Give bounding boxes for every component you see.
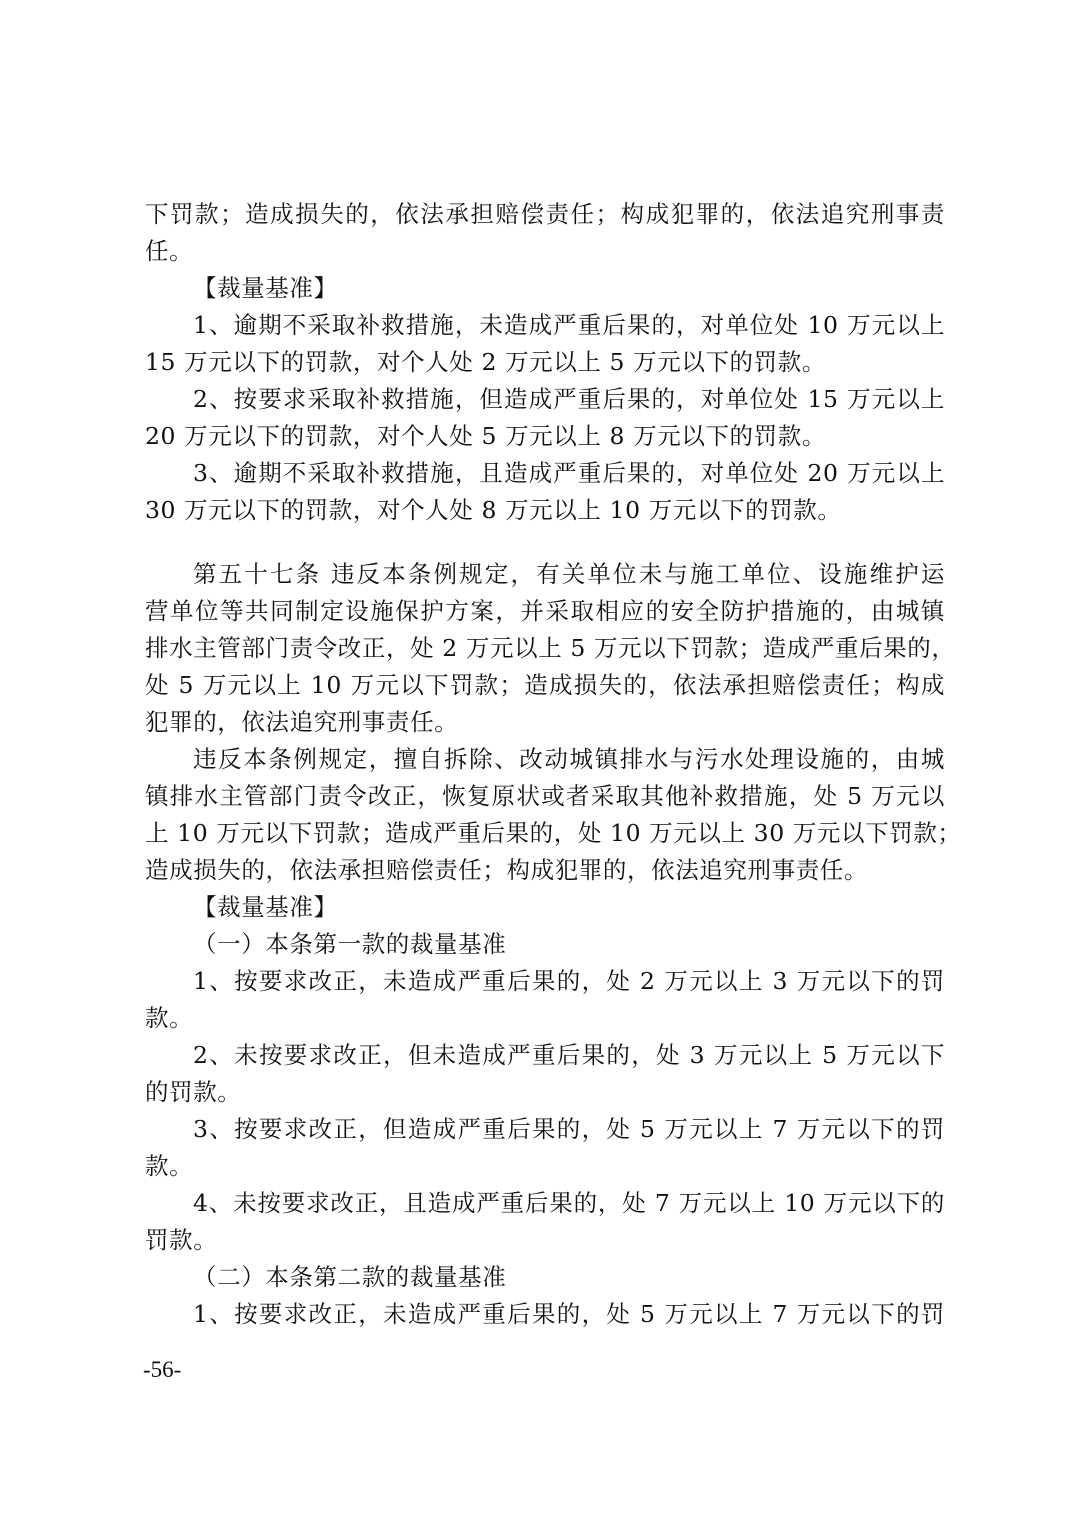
list-item-start: 1、按要求改正，未造成严重后果的，处 5 万元以上 7 万元以下的罚 [193, 1296, 945, 1332]
page-number: -56- [143, 1355, 181, 1385]
text-line: 镇排水主管部门责令改正，恢复原状或者采取其他补救措施，处 5 万元以 [145, 778, 945, 814]
text-line: 的罚款。 [145, 1074, 945, 1110]
list-item-start: 4、未按要求改正，且造成严重后果的，处 7 万元以上 10 万元以下的 [193, 1185, 945, 1221]
document-page: 下罚款；造成损失的，依法承担赔偿责任；构成犯罪的，依法追究刑事责 任。 【裁量基… [0, 0, 1075, 1520]
text-line: 20 万元以下的罚款，对个人处 5 万元以上 8 万元以下的罚款。 [145, 418, 945, 454]
text-line: 下罚款；造成损失的，依法承担赔偿责任；构成犯罪的，依法追究刑事责 [145, 196, 945, 232]
text-line: 营单位等共同制定设施保护方案，并采取相应的安全防护措施的，由城镇 [145, 593, 945, 629]
text-line: 处 5 万元以上 10 万元以下罚款；造成损失的，依法承担赔偿责任；构成 [145, 667, 945, 703]
text-line: 犯罪的，依法追究刑事责任。 [145, 704, 945, 740]
subsection-heading: （二）本条第二款的裁量基准 [193, 1259, 506, 1295]
section-heading: 【裁量基准】 [193, 270, 338, 306]
section-heading: 【裁量基准】 [193, 889, 338, 925]
list-item-start: 3、按要求改正，但造成严重后果的，处 5 万元以上 7 万元以下的罚 [193, 1111, 945, 1147]
text-line: 排水主管部门责令改正，处 2 万元以上 5 万元以下罚款；造成严重后果的， [145, 630, 945, 666]
paragraph-start: 违反本条例规定，擅自拆除、改动城镇排水与污水处理设施的，由城 [193, 741, 945, 777]
subsection-heading: （一）本条第一款的裁量基准 [193, 926, 506, 962]
text-line: 任。 [145, 233, 945, 269]
list-item-start: 2、按要求采取补救措施，但造成严重后果的，对单位处 15 万元以上 [193, 381, 945, 417]
list-item-start: 1、按要求改正，未造成严重后果的，处 2 万元以上 3 万元以下的罚 [193, 963, 945, 999]
text-line: 造成损失的，依法承担赔偿责任；构成犯罪的，依法追究刑事责任。 [145, 852, 945, 888]
list-item-start: 3、逾期不采取补救措施，且造成严重后果的，对单位处 20 万元以上 [193, 455, 945, 491]
text-line: 上 10 万元以下罚款；造成严重后果的，处 10 万元以上 30 万元以下罚款； [145, 815, 945, 851]
article-title-line: 第五十七条 违反本条例规定，有关单位未与施工单位、设施维护运 [193, 556, 945, 592]
text-line: 15 万元以下的罚款，对个人处 2 万元以上 5 万元以下的罚款。 [145, 344, 945, 380]
list-item-start: 2、未按要求改正，但未造成严重后果的，处 3 万元以上 5 万元以下 [193, 1037, 945, 1073]
text-line: 款。 [145, 1148, 945, 1184]
text-line: 30 万元以下的罚款，对个人处 8 万元以上 10 万元以下的罚款。 [145, 492, 945, 528]
text-line: 款。 [145, 1000, 945, 1036]
list-item-start: 1、逾期不采取补救措施，未造成严重后果的，对单位处 10 万元以上 [193, 307, 945, 343]
text-line: 罚款。 [145, 1222, 945, 1258]
